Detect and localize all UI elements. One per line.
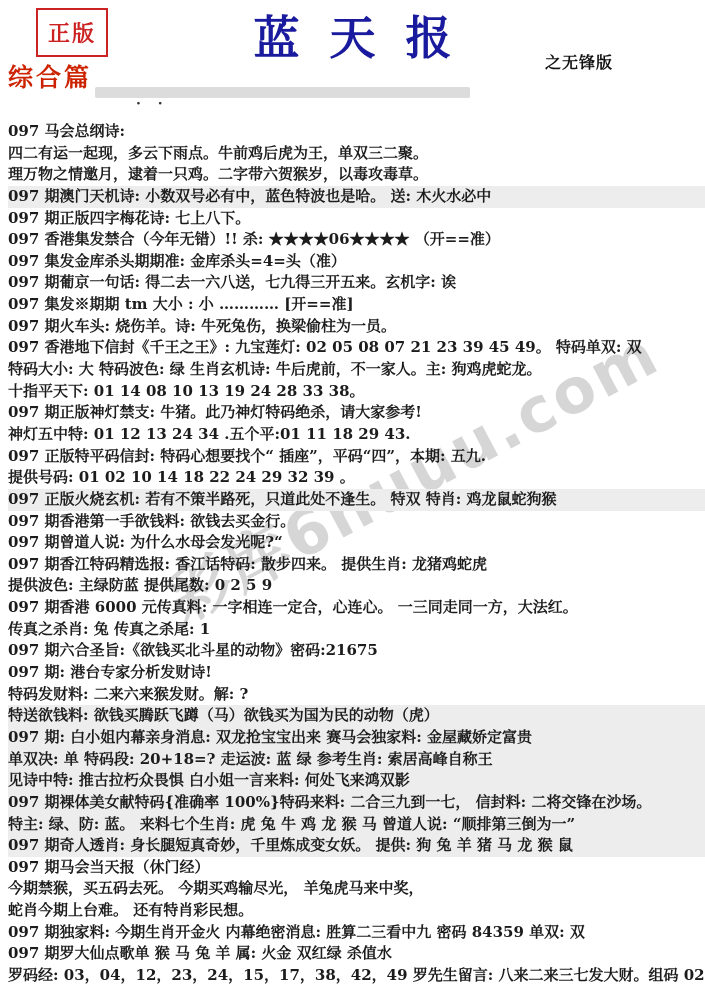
body-line: 蛇肖今期上台难。 还有特肖彩民想。 <box>8 900 705 922</box>
body-line: 097 期罗大仙点歌单 猴 马 兔 羊 属: 火金 双红绿 杀值水 <box>8 943 705 965</box>
body-line: 097 香港集发禁合（今年无错）!! 杀: ★★★★06★★★★ （开==准） <box>8 229 705 251</box>
body-line: 097 期火车头: 烧伤羊。诗: 牛死兔伤，换梁偷柱为一员。 <box>8 316 705 338</box>
body-line: 097 期正版四字梅花诗: 七上八下。 <box>8 208 705 230</box>
body-line: 097 期: 白小姐内幕亲身消息: 双龙抢宝宝出来 赛马会独家料: 金屋藏娇定富… <box>8 727 705 749</box>
body-line: 十指平天下: 01 14 08 10 13 19 24 28 33 38。 <box>8 381 705 403</box>
body-line: 特码发财料: 二来六来猴发财。解: ? <box>8 684 705 706</box>
body-line: 四二有运一起现，多云下雨点。牛前鸡后虎为王，单双三二聚。 <box>8 143 705 165</box>
body-line: 097 集发金库杀头期期准: 金库杀头=4=头（准） <box>8 251 705 273</box>
body-line: 特送欲钱料: 欲钱买腾跃飞蹲（马）欲钱买为国为民的动物（虎） <box>8 705 705 727</box>
body-line: 097 期六合圣旨:《欲钱买北斗星的动物》密码:21675 <box>8 640 705 662</box>
body-line: 提供波色: 主绿防蓝 提供尾数: 0 2 5 9 <box>8 575 705 597</box>
body-line: 097 期香港 6000 元传真料: 一字相连一定合，心连心。 一三同走同一方，… <box>8 597 705 619</box>
body-line: 097 正版特平码信封: 特码心想要找个“ 插座”，平码“四”，本期: 五九. <box>8 446 705 468</box>
body-line: 097 期香江特码精选报: 香江话特码: 散步四来。 提供生肖: 龙猪鸡蛇虎 <box>8 554 705 576</box>
scan-dots: · · <box>136 96 169 112</box>
section-title: 综合篇 <box>8 58 92 94</box>
edition-label: 之无锋版 <box>545 50 613 73</box>
body-line: 097 期正版神灯禁支: 牛猪。此乃神灯特码绝杀，请大家参考! <box>8 402 705 424</box>
body-line: 单双决: 单 特码段: 20+18=? 走运波: 蓝 绿 参考生肖: 索居高峰自… <box>8 749 705 771</box>
body-line: 罗码经: 03，04，12，23，24，15，17，38，42，49 罗先生留言… <box>8 965 705 987</box>
body-line: 097 集发※期期 tm 大小 : 小 ………… [开==准] <box>8 294 705 316</box>
body-line: 特码大小: 大 特码波色: 绿 生肖玄机诗: 牛后虎前，不一家人。主: 狗鸡虎蛇… <box>8 359 705 381</box>
body-line: 097 期曾道人说: 为什么水母会发光呢?“ <box>8 532 705 554</box>
body-line: 097 正版火烧玄机: 若有不策半路死，只道此处不逢生。 特双 特肖: 鸡龙鼠蛇… <box>8 489 705 511</box>
body-line: 097 期裸体美女献特码{准确率 100%}特码来料: 二合三九到一七， 信封料… <box>8 792 705 814</box>
body-line: 097 期: 港台专家分析发财诗! <box>8 662 705 684</box>
body-line: 097 期独家料: 今期生肖开金火 内幕绝密消息: 胜算二三看中九 密码 843… <box>8 922 705 944</box>
body-line: 097 期奇人透肖: 身长腿短真奇妙，千里炼成变女妖。 提供: 狗 兔 羊 猪 … <box>8 835 705 857</box>
body-line: 神灯五中特: 01 12 13 24 34 .五个平:01 11 18 29 4… <box>8 424 705 446</box>
tips-list: 097 马会总纲诗:四二有运一起现，多云下雨点。牛前鸡后虎为王，单双三二聚。理万… <box>8 121 705 987</box>
body-line: 097 香港地下信封《千王之王》: 九宝莲灯: 02 05 08 07 21 2… <box>8 337 705 359</box>
body-line: 提供号码: 01 02 10 14 18 22 24 29 32 39 。 <box>8 467 705 489</box>
body-line: 097 期香港第一手欲钱料: 欲钱去买金行。 <box>8 511 705 533</box>
body-line: 今期禁猴，买五码去死。 今期买鸡输尽光， 羊兔虎马来中奖， <box>8 878 705 900</box>
body-line: 理万物之情邀月，逮着一只鸡。二字带六贺猴岁，以毒攻毒草。 <box>8 164 705 186</box>
body-line: 见诗中特: 推古拉朽众畏惧 白小姐一言来料: 何处飞来鸿双影 <box>8 770 705 792</box>
body-line: 097 期澳门天机诗: 小数双号必有中，蓝色特波也是哈。 送: 木火水必中 <box>8 186 705 208</box>
body-line: 097 期葡京一句话: 得二去一六八送，七九得三开五来。玄机字: 诶 <box>8 272 705 294</box>
body-line: 传真之杀肖: 兔 传真之杀尾: 1 <box>8 619 705 641</box>
body-line: 097 马会总纲诗: <box>8 121 705 143</box>
body-line: 097 期马会当天报（休门经） <box>8 857 705 879</box>
body-line: 特主: 绿、防: 蓝。 来料七个生肖: 虎 兔 牛 鸡 龙 猴 马 曾道人说: … <box>8 814 705 836</box>
